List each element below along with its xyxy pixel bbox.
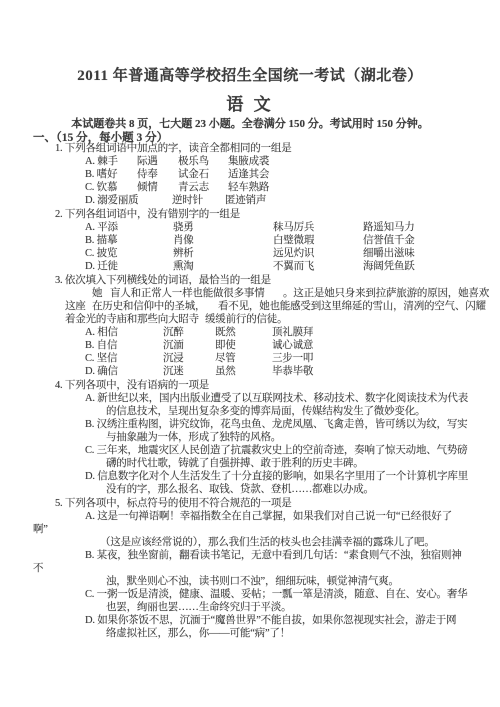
q1-option-b: 侍奉 bbox=[137, 169, 158, 181]
q3-passage-line-2: 看不见，她也能感受到这里绵延的雪山，清冽的空气、闪耀 bbox=[218, 301, 486, 313]
q3-passage-line-2: 在历史和信仰中的圣城， bbox=[92, 301, 205, 313]
q3-option-c: 沉浸 bbox=[163, 353, 184, 365]
q5-option-d-line-1: D. 如果你茶饭不思，沉湎于“魔兽世界”不能自拔，如果你忽视现实社会，游走于网 bbox=[85, 615, 456, 627]
q2-option-a: 路遥知马力 bbox=[363, 222, 415, 234]
q3-option-b: B. 自信 bbox=[85, 340, 117, 352]
q3-passage-line-2: 这座 bbox=[65, 301, 86, 313]
q1-option-a: A. 棘手 bbox=[85, 156, 118, 168]
q3-passage-line-1: 她 bbox=[92, 288, 102, 300]
q4-option-c-line-1: C. 三年来，地震灾区人民创造了抗震救灾史上的空前奇迹，奏响了惊天动地、气势磅 bbox=[85, 445, 467, 457]
q1-option-c: 倾情 bbox=[137, 182, 158, 194]
exam-subject: 语 文 bbox=[0, 90, 500, 115]
q3-option-b: 诚心诚意 bbox=[272, 340, 313, 352]
q4-option-b-line-2: 与抽象融为一体，形成了独特的风格。 bbox=[106, 432, 281, 444]
q3-option-b: 即使 bbox=[215, 340, 236, 352]
q1-option-b: B. 嗜好 bbox=[85, 169, 117, 181]
q1-option-d: 匿迹销声 bbox=[225, 195, 266, 207]
q2-option-b: 肖像 bbox=[173, 235, 194, 247]
q1-option-a: 极乐鸟 bbox=[178, 156, 209, 168]
q4-stem: 4. 下列各项中，没有语病的一项是 bbox=[55, 380, 209, 392]
q3-passage-line-3: 缓缓前行的信徒。 bbox=[205, 314, 287, 326]
q5-option-d-line-2: 络虚拟社区，那么，你——可能“病”了！ bbox=[106, 628, 290, 640]
q1-option-d: 逆时针 bbox=[172, 195, 203, 207]
q2-stem: 2. 下列各组词语中，没有错别字的一组是 bbox=[55, 209, 240, 221]
exam-title: 2011 年普通高等学校招生全国统一考试（湖北卷） bbox=[0, 64, 500, 85]
q1-option-a: 集腋成裘 bbox=[228, 156, 269, 168]
q5-option-a-overflow: 啊” bbox=[33, 524, 48, 536]
q3-option-a: 既然 bbox=[215, 327, 236, 339]
q4-option-c-line-2: 礴的时代壮歌，铸就了自强拼搏、敢于胜利的历史丰碑。 bbox=[106, 458, 364, 470]
q2-option-a: 骁勇 bbox=[173, 222, 194, 234]
exam-paper-page: 2011 年普通高等学校招生全国统一考试（湖北卷） 语 文 本试题卷共 8 页，… bbox=[0, 0, 500, 707]
q3-option-d: 沉迷 bbox=[163, 366, 184, 378]
q4-option-d-line-1: D. 信息数字化对个人生活发生了十分直接的影响，如果名字里用了一个计算机字库里 bbox=[85, 471, 468, 483]
q3-stem: 3. 依次填入下列横线处的词语，最恰当的一组是 bbox=[55, 275, 271, 287]
q1-option-c: C. 钦慕 bbox=[85, 182, 117, 194]
q2-option-d: D. 迁徙 bbox=[85, 261, 118, 273]
q3-option-d: 虽然 bbox=[215, 366, 236, 378]
q3-option-d: D. 确信 bbox=[85, 366, 118, 378]
q1-option-a: 际遇 bbox=[137, 156, 158, 168]
q5-option-a-line-2: （这是应该经常说的），那么我们生活的枝头也会挂满幸福的露珠儿了吧。 bbox=[100, 537, 435, 549]
q1-option-c: 青云志 bbox=[178, 182, 209, 194]
q5-option-c-line-1: C. 一粥一饭是清淡，健康、温暖、妥帖；一瓢一箪是清淡，随意、自在、安心。奢华 bbox=[85, 589, 467, 601]
q2-option-c: 远见灼识 bbox=[273, 248, 314, 260]
q3-option-c: C. 坚信 bbox=[85, 353, 117, 365]
q2-option-b: 信誉值千金 bbox=[363, 235, 415, 247]
q5-option-b-line-1: B. 某夜，独坐窗前，翻看读书笔记，无意中看到几句话：“素食则气不浊，独宿则神 bbox=[85, 550, 462, 562]
q2-option-c: 辨析 bbox=[173, 248, 194, 260]
q5-stem: 5. 下列各项中，标点符号的使用不符合规范的一项是 bbox=[55, 498, 292, 510]
q4-option-d-line-2: 没有的字，那么报名、取钱、贷款、登机……都难以办成。 bbox=[106, 484, 374, 496]
q2-option-d: 不翼而飞 bbox=[273, 261, 314, 273]
q2-option-c: 细嚼出滋味 bbox=[363, 248, 415, 260]
q3-passage-line-1: 。这正是她只身来到拉萨旅游的原因，她喜欢 bbox=[283, 288, 489, 300]
q2-option-b: 白璧微瑕 bbox=[273, 235, 314, 247]
q5-option-b-line-2: 浊，默坐则心不浊，读书则口不浊”，细细玩味，顿觉神清气爽。 bbox=[106, 576, 399, 588]
q2-option-c: C. 披览 bbox=[85, 248, 117, 260]
q1-option-b: 适逢其会 bbox=[228, 169, 269, 181]
q1-option-b: 试金石 bbox=[178, 169, 209, 181]
q2-option-d: 海阔凭鱼跃 bbox=[363, 261, 415, 273]
q3-option-a: 沉醉 bbox=[163, 327, 184, 339]
q5-option-b-overflow: 不 bbox=[33, 563, 43, 575]
q3-passage-line-3: 着金光的寺庙和那些向大昭寺 bbox=[65, 314, 199, 326]
q3-option-d: 毕恭毕敬 bbox=[272, 366, 313, 378]
q3-option-a: A. 相信 bbox=[85, 327, 118, 339]
q2-option-d: 熏淘 bbox=[173, 261, 194, 273]
q3-option-c: 尽管 bbox=[215, 353, 236, 365]
q1-option-c: 轻车熟路 bbox=[228, 182, 269, 194]
q3-passage-line-1: 盲人和正常人一样也能做很多事情 bbox=[110, 288, 265, 300]
q3-option-b: 沉湎 bbox=[163, 340, 184, 352]
q5-option-a-line-1: A. 这是一句禅语啊！幸福指数全在自己掌握，如果我们对自己说一句“已经很好了 bbox=[85, 511, 452, 523]
q2-option-b: B. 描摹 bbox=[85, 235, 117, 247]
q5-option-c-line-2: 也罢，绚丽也罢……生命终究归于平淡。 bbox=[106, 602, 291, 614]
q3-option-c: 三步一叩 bbox=[272, 353, 313, 365]
q4-option-a-line-2: 的信息技术，呈现出复杂多变的博弈局面，传媒结构发生了微妙变化。 bbox=[106, 406, 425, 418]
q4-option-b-line-1: B. 汉绣注重构图，讲究纹饰，花鸟虫鱼、龙虎凤凰、飞禽走兽，皆可绣以为纹，写实 bbox=[85, 419, 467, 431]
q1-option-d: D. 溺爱丽质 bbox=[85, 195, 138, 207]
q2-option-a: 秣马厉兵 bbox=[273, 222, 314, 234]
q3-option-a: 顶礼膜拜 bbox=[272, 327, 313, 339]
q2-option-a: A. 平添 bbox=[85, 222, 118, 234]
q4-option-a-line-1: A. 新世纪以来，国内出版业遭受了以互联网技术、移动技术、数字化阅读技术为代表 bbox=[85, 393, 468, 405]
q1-stem: 1. 下列各组词语中加点的字，读音全都相同的一组是 bbox=[55, 143, 292, 155]
